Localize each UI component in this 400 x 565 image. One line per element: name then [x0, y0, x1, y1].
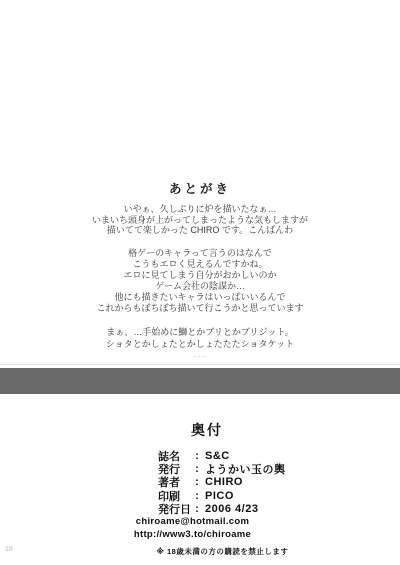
afterword-line: まぁ、…手始めに鰤とかブリとかブリジット。	[0, 327, 400, 339]
page-number: 18	[5, 546, 13, 553]
colophon-value: S&C	[205, 450, 230, 462]
afterword-line: ゲーム会社の陰謀か…	[0, 281, 400, 292]
afterword-line: 他にも描きたいキャラはいっぱいいるんで	[0, 292, 400, 303]
url-text: http://www3.to/chiroame	[0, 529, 385, 542]
colophon-separator: :	[192, 503, 202, 515]
afterword-line: ショタとかしょたとかしょたたたショタケット	[0, 339, 400, 351]
page-hairline-divider	[0, 364, 400, 365]
colophon-separator: :	[192, 463, 202, 475]
afterword-line: こうもエロく見えるんですかね。	[0, 259, 400, 270]
contact-block: chiroame@hotmail.com http://www3.to/chir…	[0, 516, 385, 541]
colophon-label: 発行日	[158, 501, 192, 517]
afterword-paragraph-2: 格ゲーのキャラって言うのはなんで こうもエロく見えるんですかね。 エロに見てしま…	[0, 248, 400, 314]
colophon-value: CHIRO	[205, 476, 243, 488]
afterword-line: 格ゲーのキャラって言うのはなんで	[0, 248, 400, 259]
colophon-value: ようかい玉の輿	[205, 461, 286, 477]
colophon-separator: :	[192, 476, 202, 488]
afterword-title: あとがき	[0, 179, 400, 197]
email-text: chiroame@hotmail.com	[0, 516, 385, 529]
afterword-line: いやぁ、久しぶりに炉を描いたなぁ…	[0, 204, 400, 215]
colophon-title: 奥付	[0, 420, 400, 440]
gray-divider-band	[0, 368, 400, 394]
colophon-table: 誌名 : S&C 発行 : ようかい玉の輿 著者 : CHIRO 印刷 : PI…	[158, 449, 286, 516]
colophon-row-date: 発行日 : 2006 4/23	[158, 503, 286, 516]
afterword-paragraph-3: まぁ、…手始めに鰤とかブリとかブリジット。 ショタとかしょたとかしょたたたショタ…	[0, 327, 400, 350]
age-restriction-notice: ※ 18歳未満の方の購読を禁止します	[45, 546, 400, 557]
colophon-value: PICO	[205, 490, 234, 502]
afterword-line: 描いてて楽しかった CHIRO です。こんばんわ	[0, 225, 400, 236]
colophon-value: 2006 4/23	[205, 503, 258, 515]
afterword-paragraph-1: いやぁ、久しぶりに炉を描いたなぁ… いまいち頭身が上がってしまったような気もしま…	[0, 204, 400, 236]
afterword-line: これからもぼちぼち描いて行こうかと思っています	[0, 303, 400, 314]
colophon-separator: :	[192, 490, 202, 502]
scanned-page: あとがき いやぁ、久しぶりに炉を描いたなぁ… いまいち頭身が上がってしまったよう…	[0, 0, 400, 565]
afterword-line: エロに見てしまう自分がおかしいのか	[0, 270, 400, 281]
tiny-scribble-mark: ·····	[0, 354, 400, 360]
afterword-line: いまいち頭身が上がってしまったような気もしますが	[0, 215, 400, 226]
colophon-separator: :	[192, 450, 202, 462]
